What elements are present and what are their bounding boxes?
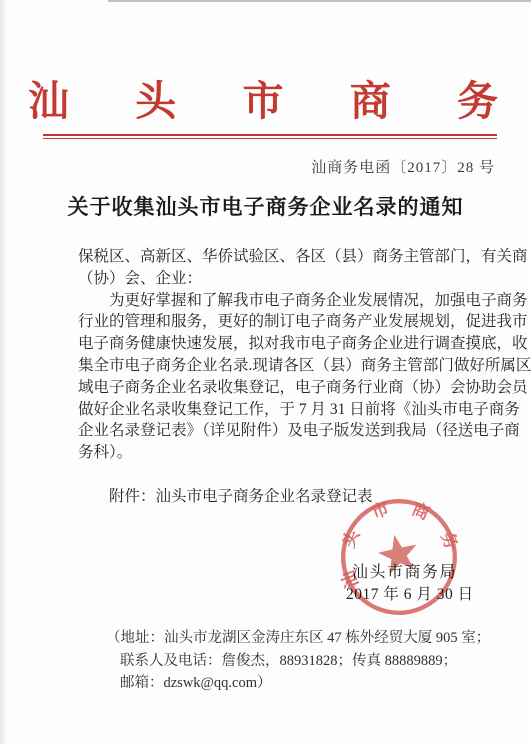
seal-star-icon — [375, 531, 421, 576]
scan-artifact-top-edge — [108, 0, 531, 2]
document-body: 保税区、高新区、华侨试验区、各区（县）商务主管部门，有关商 （协）会、企业： 为… — [78, 246, 461, 464]
footer-contact: 联系人及电话：詹俊杰，88931828；传真 88889889； — [120, 649, 457, 670]
official-seal: 汕头市商务局 — [325, 483, 472, 630]
body-line: 行业的管理和服务，更好的制订电子商务产业发展规划，促进我市 — [78, 311, 461, 333]
letterhead-agency-name: 汕 头 市 商 务 局 — [0, 68, 531, 127]
body-line: 域电子商务企业名录收集登记，电子商务行业商（协）会协助会员 — [78, 377, 461, 399]
body-line: 电子商务健康快速发展，拟对我市电子商务企业进行调查摸底，收 — [78, 333, 461, 355]
footer-address: （地址：汕头市龙湖区金涛庄东区 47 栋外经贸大厦 905 室； — [106, 626, 490, 647]
body-line: （协）会、企业： — [78, 268, 461, 290]
official-document-page: 汕 头 市 商 务 局 汕商务电函〔2017〕28 号 关于收集汕头市电子商务企… — [0, 0, 531, 744]
body-line: 企业名录登记表》（详见附件）及电子版发送到我局（径送电子商 — [78, 420, 461, 442]
document-title: 关于收集汕头市电子商务企业名录的通知 — [0, 191, 531, 221]
body-line: 集全市电子商务企业名录.现请各区（县）商务主管部门做好所属区 — [78, 355, 461, 377]
body-line: 务科）。 — [78, 442, 461, 464]
body-line: 做好企业名录收集登记工作，于 7 月 31 日前将《汕头市电子商务 — [78, 399, 461, 421]
footer-email: 邮箱：dzswk@qq.com） — [120, 671, 272, 692]
letterhead-double-rule — [43, 134, 497, 139]
body-line: 保税区、高新区、华侨试验区、各区（县）商务主管部门，有关商 — [78, 246, 461, 268]
document-number: 汕商务电函〔2017〕28 号 — [311, 156, 495, 177]
body-line: 为更好掌握和了解我市电子商务企业发展情况，加强电子商务 — [78, 290, 461, 312]
